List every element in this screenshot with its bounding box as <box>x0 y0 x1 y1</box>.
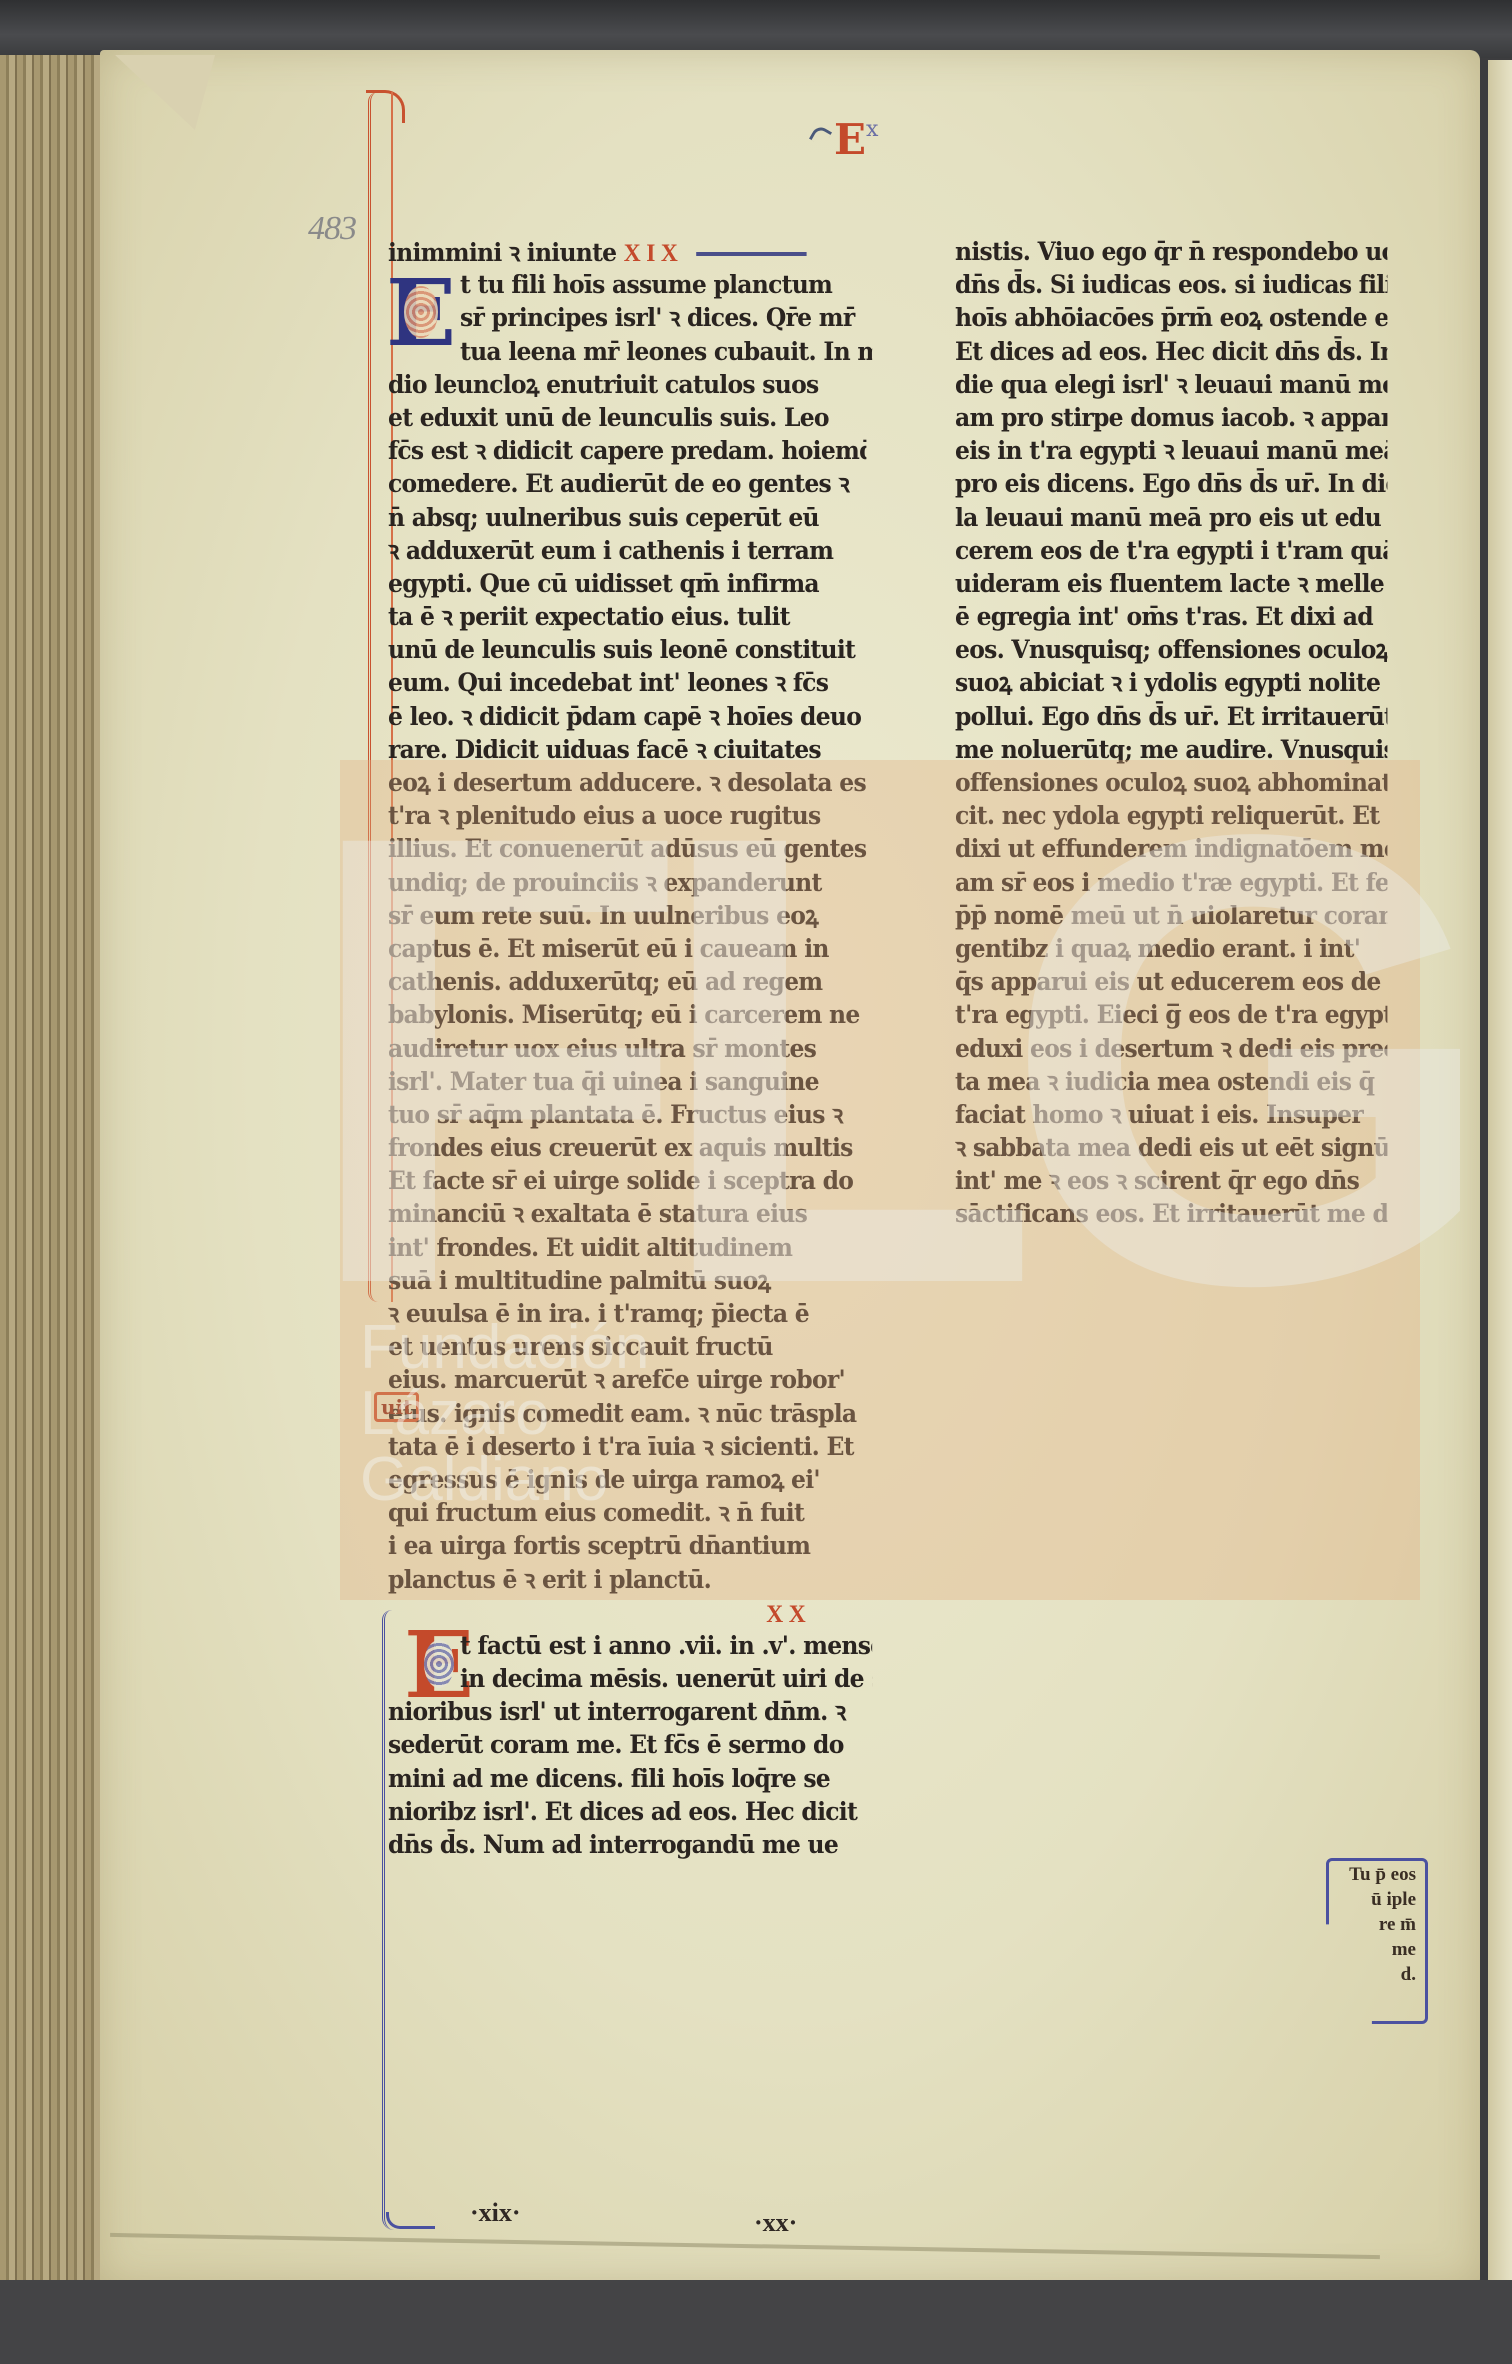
text-line: uideram eis fluentem lacte ꝛ melle q̄ <box>955 568 1387 601</box>
text-line: mini ad me dicens. fili hoīs loq̄re se <box>388 1763 866 1796</box>
text-line: ꝛ adduxerūt eum i cathenis i terram <box>388 535 866 568</box>
text-line: la leuaui manū meā pro eis ut edu <box>955 502 1387 535</box>
text-line: hoīs abhōiacōes p̄rm̄ eoꝝ ostende eis <box>955 302 1387 335</box>
text-line: eos. Vnusquisq; offensiones oculoꝝ <box>955 634 1387 667</box>
text-line: captus ē. Et miserūt eū i caueam in <box>388 933 866 966</box>
text-line: ꝛ sabbata mea dedi eis ut eēt signū <box>955 1132 1387 1165</box>
margin-note-line: me <box>1330 1937 1416 1962</box>
text-line: cit. nec ydola egypti reliquerūt. Et <box>955 800 1387 833</box>
quire-mark-xix: ·xix· <box>470 2198 521 2228</box>
text-line: offensiones oculoꝝ suoꝝ abhominationes n… <box>955 767 1387 800</box>
chapter-number: XIX <box>624 238 684 267</box>
text-line: suoꝝ abiciat ꝛ i ydolis egypti nolite <box>955 667 1387 700</box>
text-line: t'ra egypti. Eieci g̅ eos de t'ra egypti… <box>955 999 1387 1032</box>
text-column-left: inimmini ꝛ iniunte XIX t tu fili hoīs as… <box>388 236 908 1862</box>
text-line: minanciū ꝛ exaltata ē statura eius <box>388 1198 866 1231</box>
text-line: dio leuncloꝝ enutriuit catulos suos <box>388 369 866 402</box>
text-line: sr̄ principes isrl' ꝛ dices. Qr̄e mr̄ <box>460 302 872 335</box>
running-head-mark: x <box>866 117 878 142</box>
text-line: eduxi eos i desertum ꝛ dedi eis precep <box>955 1033 1387 1066</box>
text-line: suā i multitudine palmitū suoꝝ <box>388 1265 866 1298</box>
text-line: die qua elegi isrl' ꝛ leuaui manū me <box>955 369 1387 402</box>
running-head-letter: E <box>834 115 866 164</box>
text-line: dn̄s d̄s. Si iudicas eos. si iudicas fil… <box>955 269 1387 302</box>
running-head: E x <box>834 115 866 164</box>
text-line: frondes eius creuerūt ex aquis multis <box>388 1132 866 1165</box>
text-line: fc̄s est ꝛ didicit capere predam. hoiemq… <box>388 435 866 468</box>
text-line: eoꝝ i desertum adducere. ꝛ desolata est <box>388 767 866 800</box>
text-line: q̄s apparui eis ut educerem eos de <box>955 966 1387 999</box>
chapter-number: XX <box>766 1599 811 1628</box>
text-line: me noluerūtq; me audire. Vnusquisq; <box>955 734 1387 767</box>
text-line: dn̄s d̄s. Num ad interrogandū me ue <box>388 1829 866 1862</box>
text-line: ē egregia int' om̄s t'ras. Et dixi ad <box>955 601 1387 634</box>
text-line: pollui. Ego dn̄s d̄s ur̄. Et irritauerūt <box>955 701 1387 734</box>
adjacent-page-edge <box>1488 60 1512 2290</box>
book-fore-edge <box>0 55 110 2295</box>
text-line: eius. marcuerūt ꝛ arefc̄e uirge robor' <box>388 1364 866 1397</box>
heading-prefix: inimmini ꝛ iniunte <box>388 238 616 268</box>
text-line: rare. Didicit uiduas facē ꝛ ciuitates <box>388 734 866 767</box>
chapter-heading-xx: XX <box>388 1597 866 1630</box>
text-line: nistis. Viuo ego q̄r n̄ respondebo uobis… <box>955 236 1387 269</box>
text-line: cerem eos de t'ra egypti i t'ram quā p̄ <box>955 535 1387 568</box>
margin-note-line: d. <box>1330 1962 1416 1987</box>
text-line: am pro stirpe domus iacob. ꝛ apparui <box>955 402 1387 435</box>
chapter-heading-xix: inimmini ꝛ iniunte XIX <box>388 236 866 269</box>
text-line: tua leena mr̄ leones cubauit. In me <box>460 336 872 369</box>
text-line: egressus ē ignis de uirga ramoꝝ ei' <box>388 1464 866 1497</box>
text-line: sāctificans eos. Et irritauerūt me dom̄ <box>955 1198 1387 1231</box>
text-line: t tu fili hoīs assume planctum <box>460 269 872 302</box>
text-line: cathenis. adduxerūtq; eū ad regem <box>388 966 866 999</box>
text-line: nioribus isrl' ut interrogarent dn̄m. ꝛ <box>388 1696 866 1729</box>
blue-penwork-flourish-foot <box>386 2212 435 2229</box>
text-line: Et dices ad eos. Hec dicit dn̄s d̄s. In <box>955 336 1387 369</box>
text-line: int' frondes. Et uidit altitudinem <box>388 1232 866 1265</box>
text-line: planctus ē ꝛ erit i planctū. <box>388 1564 866 1597</box>
rubric-line-filler <box>696 252 806 256</box>
text-line: gentibz i quaꝝ medio erant. i int' <box>955 933 1387 966</box>
text-line: tuo sr̄ aq̄m plantata ē. Fructus eius ꝛ <box>388 1099 866 1132</box>
text-line: tata ē i deserto i t'ra īuia ꝛ sicienti.… <box>388 1431 866 1464</box>
text-line: nioribz isrl'. Et dices ad eos. Hec dici… <box>388 1796 866 1829</box>
marginal-correction-note: Tu p̄ eosū iplere m̄med. <box>1330 1862 1416 1987</box>
text-line: ꝛ euulsa ē in ira. i t'ramq; p̄iecta ē <box>388 1298 866 1331</box>
text-line: comedere. Et audierūt de eo gentes ꝛ <box>388 468 866 501</box>
margin-note-line: re m̄ <box>1330 1912 1416 1937</box>
text-line: et uentus urens siccauit fructū <box>388 1331 866 1364</box>
margin-note-line: ū iple <box>1330 1887 1416 1912</box>
folded-corner <box>95 55 215 130</box>
text-line: p̄p̄ nomē meū ut n̄ uiolaretur coram <box>955 900 1387 933</box>
margin-note-line: Tu p̄ eos <box>1330 1862 1416 1887</box>
text-line: undiq; de prouinciis ꝛ expanderunt <box>388 867 866 900</box>
text-line: t factū est i anno .vii. in .v'. mense <box>460 1630 872 1663</box>
text-line: in decima mēsis. uenerūt uiri de se <box>460 1663 872 1696</box>
text-line: faciat homo ꝛ uiuat i eis. Insuper <box>955 1099 1387 1132</box>
bottom-scan-background <box>0 2280 1512 2364</box>
text-line: audiretur uox eius ultra sr̄ montes <box>388 1033 866 1066</box>
folio-number: 483 <box>308 210 356 248</box>
quire-mark-xx: ·xx· <box>754 2208 797 2238</box>
text-line: isrl'. Mater tua q̄i uinea i sanguine <box>388 1066 866 1099</box>
text-line: i ea uirga fortis sceptrū dn̄antium <box>388 1530 866 1563</box>
text-line: pro eis dicens. Ego dn̄s d̄s ur̄. In die… <box>955 468 1387 501</box>
text-line: t'ra ꝛ plenitudo eius a uoce rugitus <box>388 800 866 833</box>
text-line: unū de leunculis suis leonē constituit <box>388 634 866 667</box>
text-line: am sr̄ eos i medio t'ræ egypti. Et feci <box>955 867 1387 900</box>
text-line: qui fructum eius comedit. ꝛ n̄ fuit <box>388 1497 866 1530</box>
text-line: eius. ignis comedit eam. ꝛ nūc trāspla <box>388 1398 866 1431</box>
text-line: egypti. Que cū uidisset qm̄ infirma <box>388 568 866 601</box>
text-line: dixi ut effunderem indignatōem me <box>955 833 1387 866</box>
text-column-right: nistis. Viuo ego q̄r n̄ respondebo uobis… <box>955 236 1425 1232</box>
text-line: ta mea ꝛ iudicia mea ostendi eis q̄ <box>955 1066 1387 1099</box>
text-line: ē leo. ꝛ didicit p̄dam capē ꝛ hoīes deuo <box>388 701 866 734</box>
text-line: ta ē ꝛ periit expectatio eius. tulit <box>388 601 866 634</box>
text-line: sr̄ eum rete suū. In uulneribus eoꝝ <box>388 900 866 933</box>
text-line: babylonis. Miserūtq; eū i carcerem ne <box>388 999 866 1032</box>
text-line: eis in t'ra egypti ꝛ leuaui manū meā <box>955 435 1387 468</box>
right-column-lines: nistis. Viuo ego q̄r n̄ respondebo uobis… <box>955 236 1425 1232</box>
text-line: et eduxit unū de leunculis suis. Leo <box>388 402 866 435</box>
text-line: int' me ꝛ eos ꝛ scirent q̄r ego dn̄s <box>955 1165 1387 1198</box>
text-line: illius. Et conuenerūt adūsus eū gentes <box>388 833 866 866</box>
left-column-lines: t tu fili hoīs assume planctumsr̄ princi… <box>388 269 908 1597</box>
left-column-lines-ch20: t factū est i anno .vii. in .v'. mensein… <box>388 1630 908 1862</box>
marginal-rubric-box: uit <box>374 1392 419 1422</box>
text-line: eum. Qui incedebat int' leones ꝛ fc̄s <box>388 667 866 700</box>
text-line: n̄ absq; uulneribus suis ceperūt eū <box>388 502 866 535</box>
text-line: Et facte sr̄ ei uirge solide i sceptra d… <box>388 1165 866 1198</box>
text-line: sederūt coram me. Et fc̄s ē sermo do <box>388 1729 866 1762</box>
